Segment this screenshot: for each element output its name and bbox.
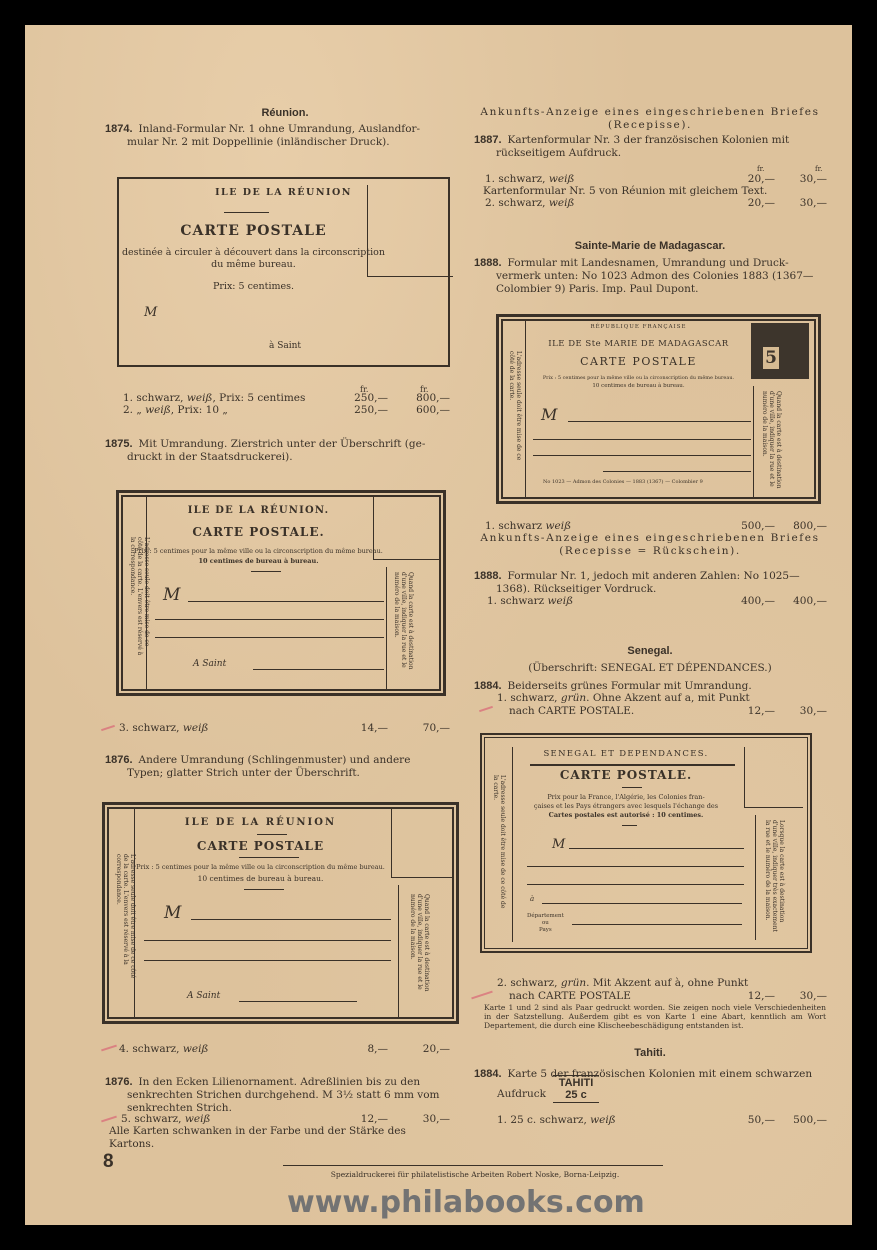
entry-year: 1888.	[474, 257, 502, 269]
item-row: 1. schwarz weiß 400,— 400,—	[487, 595, 832, 608]
entry-1876b: 1876.In den Ecken Lilienornament. Adreßl…	[105, 1076, 470, 1115]
card-imprint: No 1023 — Admon des Colonies — 1883 (136…	[543, 479, 703, 485]
card-price: Prix: 5 centimes.	[59, 281, 448, 292]
printer-credit: Spezialdruckerei für philatelistische Ar…	[275, 1170, 675, 1179]
postcard-1888-sainte-marie: L'adresse seule doit être mise de ce côt…	[497, 315, 820, 503]
item-row: 1. 25 c. schwarz, weiß 50,— 500,—	[497, 1114, 830, 1127]
card-addressee-m: M	[541, 405, 557, 424]
card-address: A Saint	[187, 991, 220, 1001]
stamp-box	[391, 809, 452, 878]
entry-1876a: 1876.Andere Umrandung (Schlingenmuster) …	[105, 754, 470, 780]
recepisse-heading: Ankunfts-Anzeige eines eingeschriebenen …	[475, 106, 825, 132]
section-title-sainte-marie: Sainte-Marie de Madagascar.	[475, 240, 825, 252]
section-title-tahiti: Tahiti.	[475, 1047, 825, 1059]
card-addressee-m: M	[164, 903, 181, 923]
entry-year: 1875.	[105, 438, 133, 450]
item-row: 3. schwarz, weiß 14,— 70,—	[119, 722, 474, 735]
note: Karte 1 und 2 sind als Paar gedruckt wor…	[484, 1003, 826, 1030]
pencil-mark	[471, 991, 493, 1000]
entry-1888a: 1888.Formular mit Landesnamen, Umrandung…	[474, 257, 826, 296]
column-header-used: fr.	[815, 165, 822, 173]
pencil-mark	[479, 706, 493, 712]
column-header-unused: fr.	[757, 165, 764, 173]
section-title-senegal: Senegal.	[475, 645, 825, 657]
entry-year: 1876.	[105, 754, 133, 766]
card-department: DépartementouPays	[527, 913, 564, 934]
card-addressee-m: M	[144, 305, 157, 320]
entry-year: 1887.	[474, 134, 502, 146]
postcard-1876: L'adresse seule doit être mise de ce côt…	[103, 803, 458, 1023]
entry-text: mular Nr. 2 mit Doppellinie (inländische…	[105, 136, 390, 148]
watermark: www.philabooks.com	[287, 1185, 645, 1220]
recepisse-heading: Ankunfts-Anzeige eines eingeschriebenen …	[475, 532, 825, 558]
stamp-box	[373, 497, 440, 560]
entry-1884-tahiti: 1884.Karte 5 der französischen Kolonien …	[474, 1068, 826, 1081]
entry-year: 1876.	[105, 1076, 133, 1088]
entry-1888b: 1888.Formular Nr. 1, jedoch mit anderen …	[474, 570, 826, 596]
pencil-mark	[101, 1116, 117, 1123]
entry-1887: 1887.Kartenformular Nr. 3 der französisc…	[474, 134, 826, 160]
item-row: 4. schwarz, weiß 8,— 20,—	[119, 1043, 474, 1056]
section-title-reunion: Réunion.	[205, 107, 365, 119]
postcard-1874: ILE DE LA RÉUNION CARTE POSTALE destinée…	[117, 177, 450, 367]
postcard-1875: L'adresse seule doit être mise de ce côt…	[117, 491, 445, 695]
entry-year: 1884.	[474, 680, 502, 692]
item-row: 2. schwarz, weiß 20,— 30,—	[485, 197, 830, 210]
card-address: à Saint	[269, 341, 301, 351]
section-subtitle: (Überschrift: SENEGAL ET DÉPENDANCES.)	[475, 662, 825, 675]
indicium-stamp: 5	[751, 323, 809, 379]
entry-1875: 1875.Mit Umrandung. Zierstrich unter der…	[105, 438, 470, 464]
note: Alle Karten schwanken in der Farbe und d…	[109, 1125, 461, 1151]
entry-year: 1884.	[474, 1068, 502, 1080]
entry-year: 1888.	[474, 570, 502, 582]
page-number: 8	[103, 1151, 114, 1173]
entry-text: Inland-Formular Nr. 1 ohne Umrandung, Au…	[139, 123, 421, 135]
pencil-mark	[101, 1045, 117, 1052]
stamp-box	[367, 185, 453, 277]
card-addressee-m: M	[552, 837, 565, 852]
card-address: à	[530, 895, 534, 903]
aufdruck-label: Aufdruck	[497, 1088, 546, 1101]
postcard-1884-senegal: L'adresse seule doit être mise de ce côt…	[480, 733, 812, 953]
card-address: A Saint	[193, 659, 226, 669]
entry-year: 1874.	[105, 123, 133, 135]
pencil-mark	[101, 725, 115, 731]
card-addressee-m: M	[163, 585, 180, 605]
item-row: 2. „ weiß, Prix: 10 „ 250,— 600,—	[123, 404, 478, 417]
card-text: 10 centimes de bureau à bureau.	[463, 383, 814, 389]
stamp-value: 5	[763, 347, 779, 369]
item-row: 1. schwarz, grün. Ohne Akzent auf a, mit…	[497, 692, 830, 718]
tahiti-overprint: TAHITI25 c	[553, 1075, 599, 1103]
item-row: 2. schwarz, grün. Mit Akzent auf à, ohne…	[497, 977, 830, 1003]
stamp-box	[744, 747, 803, 808]
catalog-page: Réunion. 1874.Inland-Formular Nr. 1 ohne…	[25, 25, 852, 1225]
footer-rule	[283, 1165, 663, 1166]
entry-1874: 1874.Inland-Formular Nr. 1 ohne Umrandun…	[105, 123, 470, 149]
